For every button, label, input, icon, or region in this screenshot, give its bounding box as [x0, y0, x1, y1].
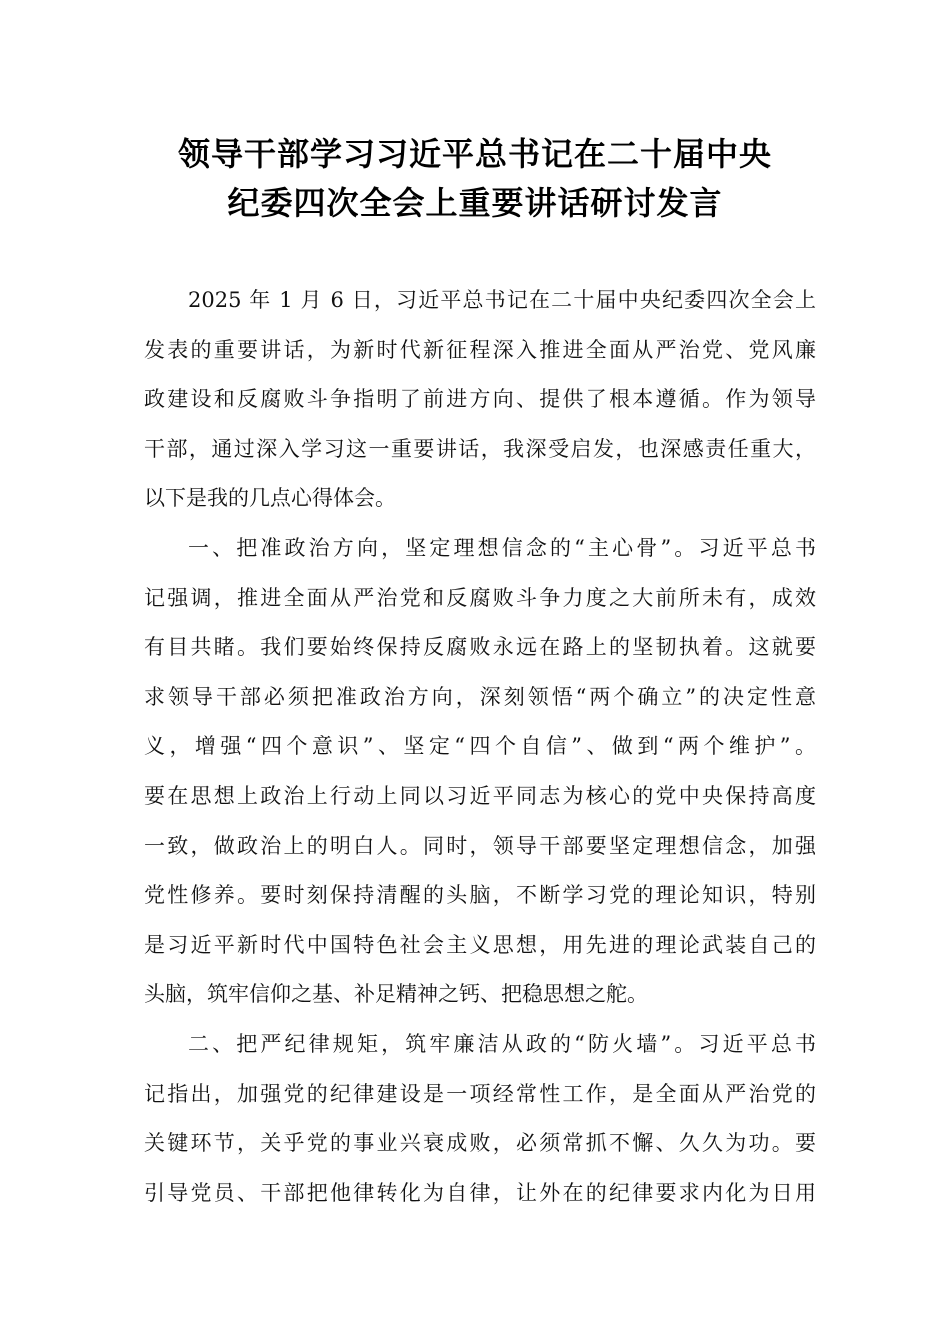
text-line: 有目共睹。我们要始终保持反腐败永远在路上的坚韧执着。这就要	[144, 637, 816, 658]
text-line: 求领导干部必须把准政治方向，深刻领悟“两个确立”的决定性意	[144, 687, 816, 708]
text-line: 干部，通过深入学习这一重要讲话，我深受启发，也深感责任重大，	[144, 439, 816, 460]
section-heading-line: 一、把准政治方向，坚定理想信念的“主心骨”。习近平总书	[188, 538, 816, 559]
text-line: 政建设和反腐败斗争指明了前进方向、提供了根本遵循。作为领导	[144, 389, 816, 410]
text-line: 以下是我的几点心得体会。	[144, 488, 816, 509]
text-line: 是习近平新时代中国特色社会主义思想，用先进的理论武装自己的	[144, 935, 816, 956]
text-line: 记指出，加强党的纪律建设是一项经常性工作，是全面从严治党的	[144, 1084, 816, 1105]
text-line: 头脑，筑牢信仰之基、补足精神之钙、把稳思想之舵。	[144, 984, 816, 1005]
text-line: 要在思想上政治上行动上同以习近平同志为核心的党中央保持高度	[144, 786, 816, 807]
document-title-line-1: 领导干部学习习近平总书记在二十届中央	[0, 138, 950, 170]
text-line: 发表的重要讲话，为新时代新征程深入推进全面从严治党、党风廉	[144, 340, 816, 361]
text-line: 记强调，推进全面从严治党和反腐败斗争力度之大前所未有，成效	[144, 588, 816, 609]
section-heading-line: 二、把严纪律规矩，筑牢廉洁从政的“防火墙”。习近平总书	[188, 1034, 816, 1055]
text-line: 2025 年 1 月 6 日，习近平总书记在二十届中央纪委四次全会上	[188, 290, 816, 311]
text-line: 党性修养。要时刻保持清醒的头脑，不断学习党的理论知识，特别	[144, 885, 816, 906]
document-title-line-2: 纪委四次全会上重要讲话研讨发言	[0, 187, 950, 219]
text-line: 关键环节，关乎党的事业兴衰成败，必须常抓不懈、久久为功。要	[144, 1133, 816, 1154]
text-line: 义，增强“四个意识”、坚定“四个自信”、做到“两个维护”。	[144, 736, 816, 757]
document-page: 领导干部学习习近平总书记在二十届中央 纪委四次全会上重要讲话研讨发言 2025 …	[0, 0, 950, 1344]
text-line: 引导党员、干部把他律转化为自律，让外在的纪律要求内化为日用	[144, 1183, 816, 1204]
text-line: 一致，做政治上的明白人。同时，领导干部要坚定理想信念，加强	[144, 836, 816, 857]
